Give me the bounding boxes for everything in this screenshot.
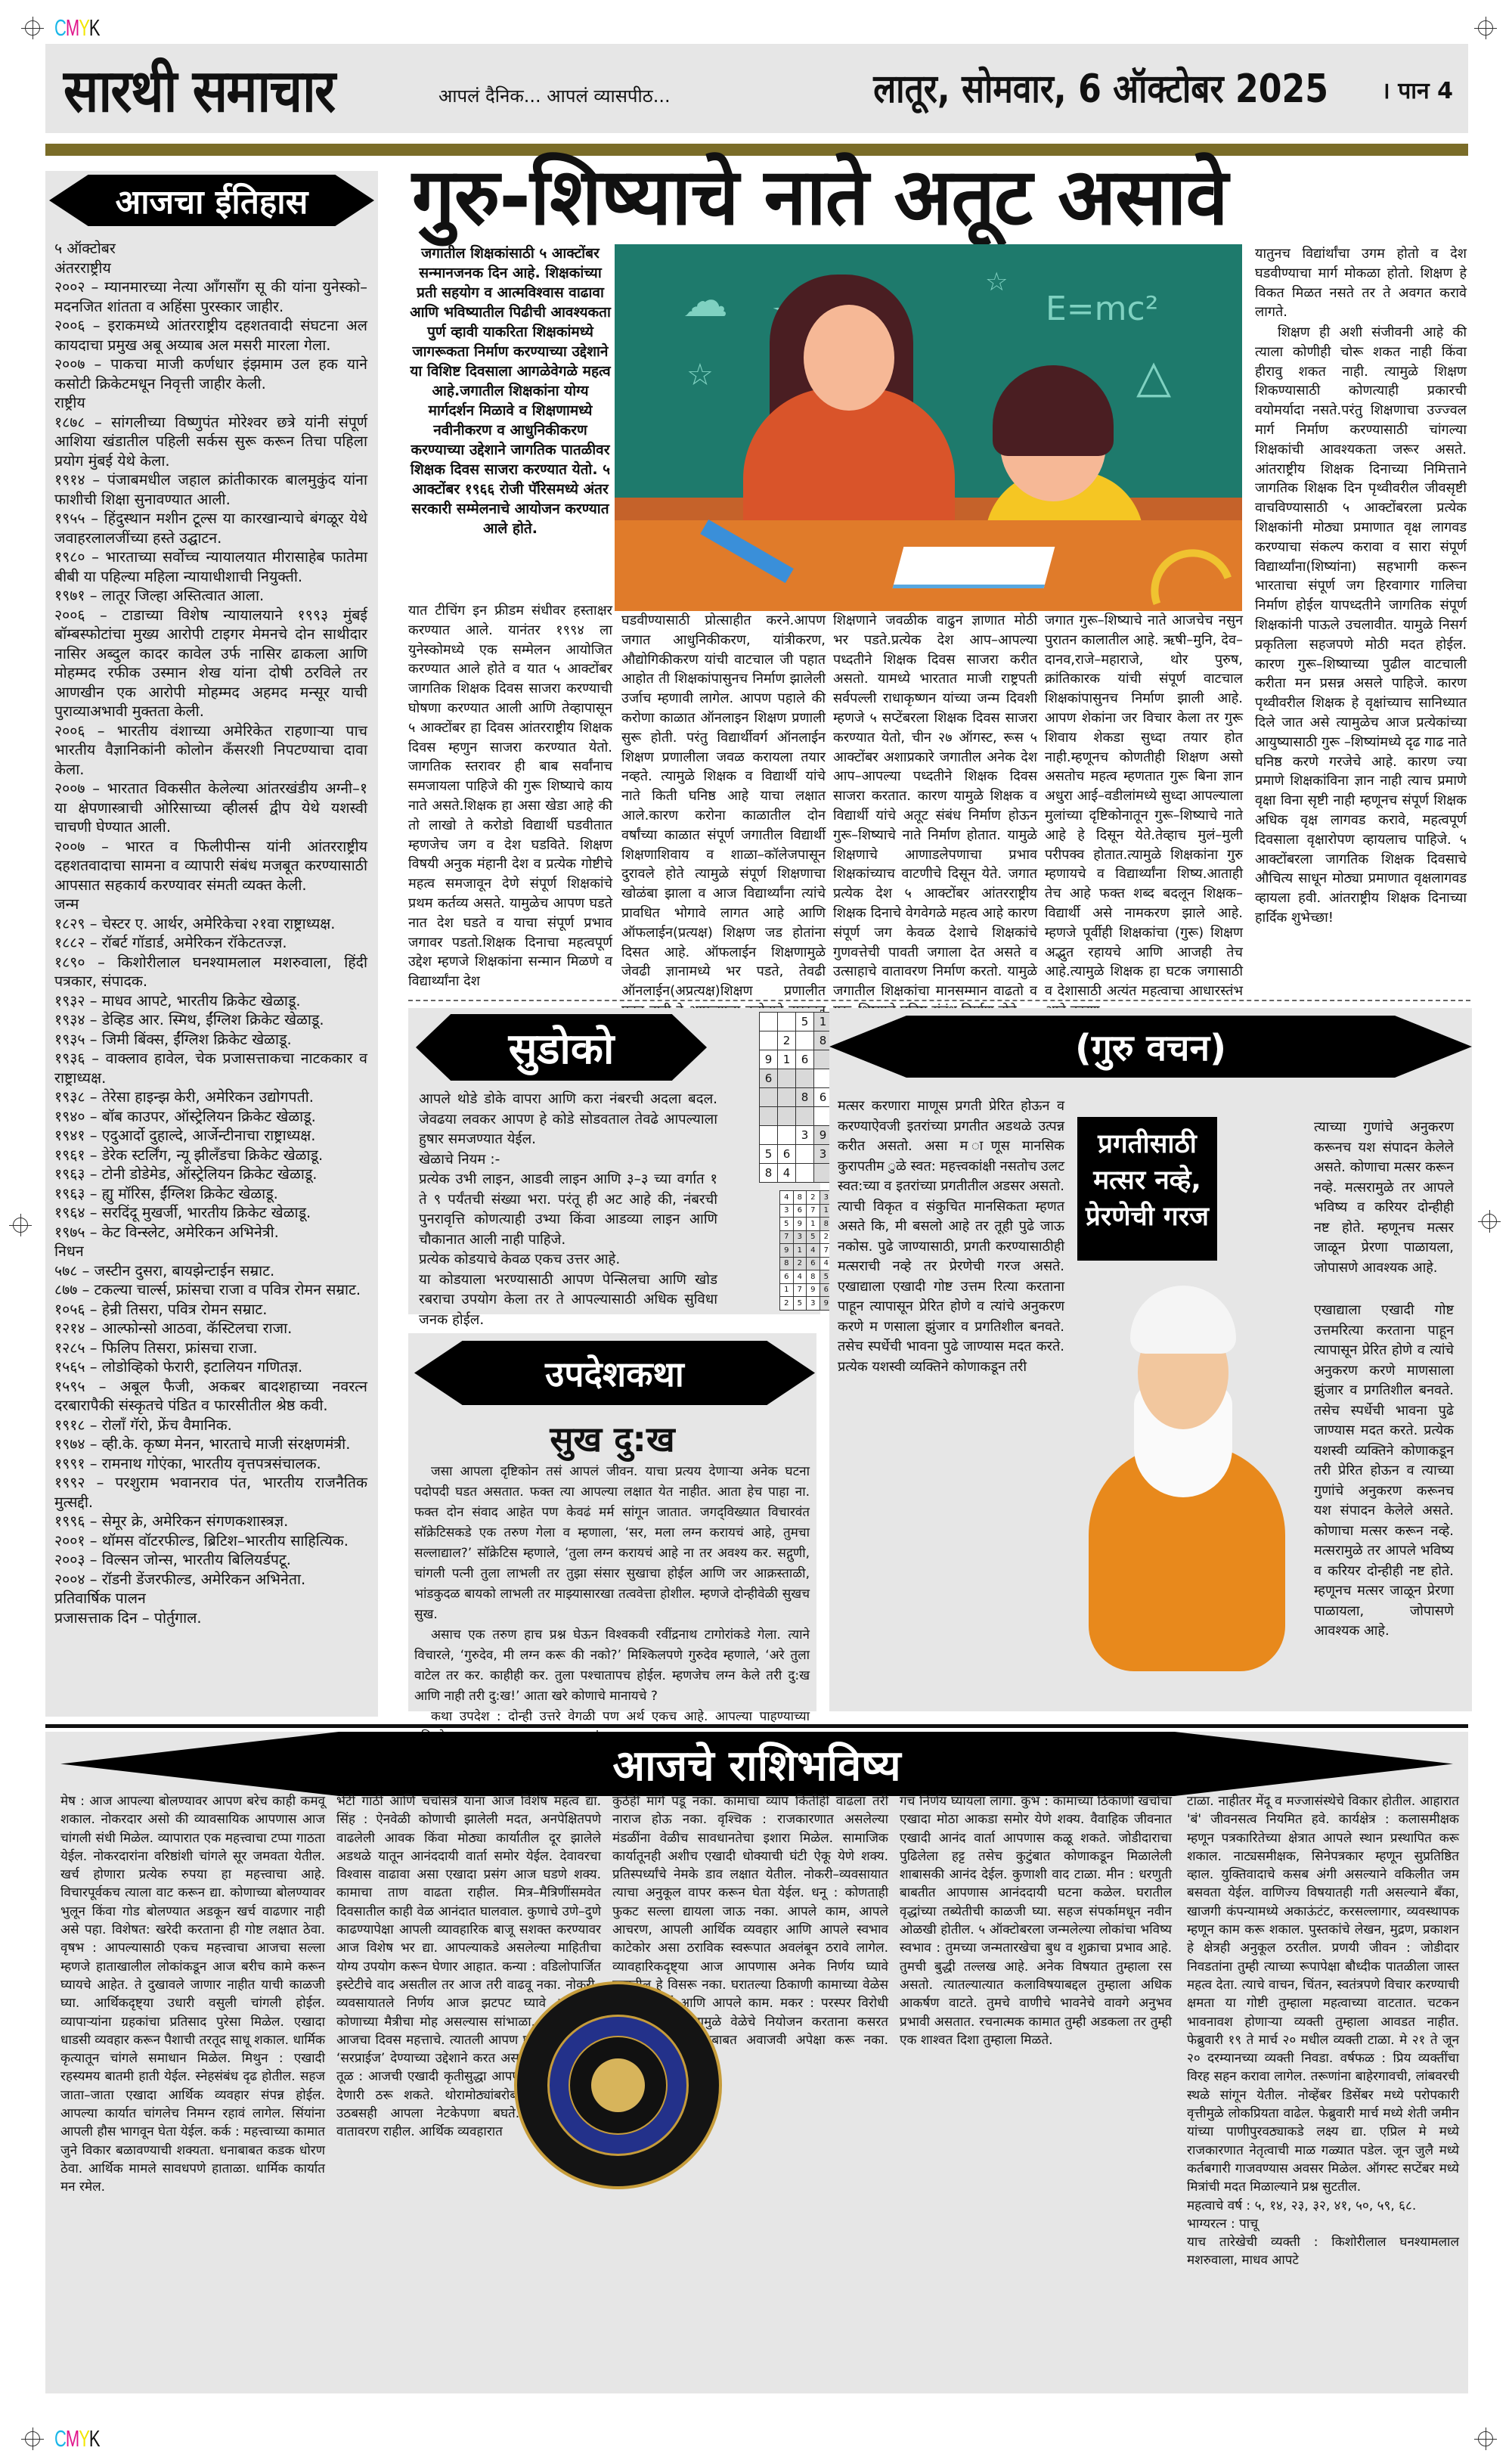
history-entry: १९३५ – जिमी बिंक्स, ईंग्लिश क्रिकेट खेळा… bbox=[54, 1030, 367, 1050]
history-column: आजचा ईतिहास ५ ऑक्टोबरअंतरराष्ट्रीय२००२ –… bbox=[45, 171, 378, 1717]
sudoku-rules: प्रत्येक उभी लाइन, आडवी लाइन आणि ३–३ च्य… bbox=[419, 1170, 717, 1250]
history-entry: १९३२ – माधव आपटे, भारतीय क्रिकेट खेळाडू. bbox=[54, 991, 367, 1011]
sudoku-cell: 9 bbox=[760, 1050, 778, 1069]
sudoku-cell: 6 bbox=[780, 1270, 794, 1284]
history-entry: ८७७ – टकल्या चार्ल्स, फ्रांसचा राजा व पव… bbox=[54, 1280, 367, 1300]
sudoku-cell: 3 bbox=[807, 1297, 820, 1311]
sudoku-cell: 3 bbox=[793, 1230, 807, 1244]
cmyk-strip-top: CMYK bbox=[54, 14, 100, 42]
sudoku-cell: 9 bbox=[793, 1218, 807, 1231]
history-entry: १९९२ – परशुराम भवानराव पंत, भारतीय राजनै… bbox=[54, 1473, 367, 1512]
history-entry: १९९६ – सेमूर क्रे, अमेरिकन संगणकशास्त्रज… bbox=[54, 1512, 367, 1531]
history-entry: १९६३ – ह्यु मॉरिस, ईंग्लिश क्रिकेट खेळाड… bbox=[54, 1184, 367, 1204]
history-entry: २००६ – इराकमध्ये आंतरराष्ट्रीय दहशतवादी … bbox=[54, 316, 367, 355]
registration-mark-top-right bbox=[1474, 17, 1497, 39]
history-entry: १२८५ – फिलिप तिसरा, फ्रांसचा राजा. bbox=[54, 1339, 367, 1358]
sudoku-rules-title: खेळाचे नियम :- bbox=[419, 1150, 717, 1171]
article-lead: जगातील शिक्षकांसाठी ५ आक्टोंबर सन्मानजनक… bbox=[408, 244, 612, 538]
student-hair bbox=[993, 365, 1114, 456]
sudoku-note-1: प्रत्येक कोडयाचे केवळ एकच उत्तर आहे. bbox=[419, 1250, 717, 1270]
history-entry: १९५५ – हिंदुस्थान मशीन टूल्स या कारखान्य… bbox=[54, 509, 367, 548]
sudoku-cell: 6 bbox=[807, 1257, 820, 1270]
registration-mark-right-mid bbox=[1478, 1210, 1501, 1233]
article-column-2: घडवीण्यासाठी प्रोत्साहीत करने.आपण जगात आ… bbox=[621, 611, 826, 1041]
sudoku-cell: 1 bbox=[807, 1218, 820, 1231]
sudoku-cell[interactable] bbox=[760, 1126, 778, 1145]
sudoku-cell: 2 bbox=[793, 1257, 807, 1270]
article-column-5b: शिक्षण ही अशी संजीवनी आहे की त्याला कोणी… bbox=[1255, 323, 1467, 928]
sudoku-cell[interactable] bbox=[760, 1031, 778, 1050]
sudoku-cell: 5 bbox=[780, 1218, 794, 1231]
guru-vachan-text-right: त्याच्या गुणांचे अनुकरण करूनच यश संपादन … bbox=[1314, 1118, 1454, 1278]
sudoku-cell: 4 bbox=[793, 1270, 807, 1284]
history-entry: १९९१ – रामनाथ गोएंका, भारतीय वृत्तपत्रसं… bbox=[54, 1454, 367, 1474]
sudoku-instructions: आपले थोडे डोके वापरा आणि करा नंबरची अदला… bbox=[419, 1090, 717, 1330]
story-paragraph: असाच एक तरुण हाच प्रश्न घेऊन विश्वकवी रव… bbox=[414, 1625, 810, 1707]
masthead: सारथी समाचार आपलं दैनिक... आपलं व्यासपीठ… bbox=[45, 44, 1468, 133]
main-headline: गुरु-शिष्याचे नाते अतूट असावे bbox=[412, 141, 1439, 247]
sudoku-cell[interactable] bbox=[778, 1126, 796, 1145]
chalk-triangle-icon: △ bbox=[1136, 350, 1171, 403]
guru-vachan-pull-quote: प्रगतीसाठी मत्सर नव्हे, प्रेरणेची गरज bbox=[1077, 1117, 1217, 1261]
guru-vachan-text-left: मत्सर करणारा माणूस प्रगती प्रेरित होऊन व… bbox=[838, 1097, 1064, 1377]
sudoku-cell: 7 bbox=[793, 1283, 807, 1297]
cmyk-strip-bottom: CMYK bbox=[54, 2425, 100, 2452]
chalk-star-icon: ☆ bbox=[686, 358, 714, 392]
horoscope-column-5: टाळा. नाहीतर मेंदू व मज्जासंस्थेचे विकार… bbox=[1187, 1792, 1459, 2270]
sudoku-cell: 5 bbox=[793, 1297, 807, 1311]
sudoku-cell: 9 bbox=[807, 1283, 820, 1297]
history-entry: १०५६ – हेन्री तिसरा, पवित्र रोमन सम्राट. bbox=[54, 1300, 367, 1320]
history-entry: १९४१ – एदुआर्दो दुहाल्दे, आर्जेन्टीनाचा … bbox=[54, 1126, 367, 1146]
history-entry: १९८० – भारताच्या सर्वोच्च न्यायालयात मीर… bbox=[54, 548, 367, 586]
horoscope-column-5-text: टाळा. नाहीतर मेंदू व मज्जासंस्थेचे विकार… bbox=[1187, 1792, 1459, 2197]
sudoku-cell: 2 bbox=[807, 1191, 820, 1205]
newspaper-title: सारथी समाचार bbox=[64, 48, 334, 129]
sudoku-cell: 1 bbox=[778, 1050, 796, 1069]
registration-mark-top-left bbox=[21, 17, 44, 39]
history-entry: १९६४ – सरदिंदू मुखर्जी, भारतीय क्रिकेट ख… bbox=[54, 1203, 367, 1223]
history-entries: ५ ऑक्टोबरअंतरराष्ट्रीय२००२ – म्यानमारच्य… bbox=[54, 239, 367, 1627]
sudoku-cell: 8 bbox=[780, 1257, 794, 1270]
history-entry: १९३४ – डेव्हिड आर. स्मिथ, ईंग्लिश क्रिके… bbox=[54, 1010, 367, 1030]
article-column-4: जगात गुरू–शिष्याचे नाते आजचेच नसुन पुरात… bbox=[1045, 611, 1243, 1021]
registration-mark-bottom-right bbox=[1474, 2427, 1497, 2450]
sudoku-cell: 3 bbox=[780, 1204, 794, 1218]
history-entry: निधन bbox=[54, 1242, 367, 1261]
sudoku-cell: 5 bbox=[796, 1013, 814, 1031]
history-entry: अंतरराष्ट्रीय bbox=[54, 259, 367, 278]
horoscope-column-1: मेष : आज आपल्या बोलण्यावर आपण बरेच काही … bbox=[60, 1792, 325, 2197]
sun-face-icon bbox=[591, 2058, 645, 2112]
sudoku-cell[interactable] bbox=[796, 1107, 814, 1126]
sudoku-cell: 5 bbox=[807, 1230, 820, 1244]
registration-mark-left-mid bbox=[9, 1214, 32, 1236]
newspaper-tagline: आपलं दैनिक... आपलं व्यासपीठ... bbox=[438, 83, 671, 108]
sudoku-cell: 4 bbox=[778, 1164, 796, 1183]
sudoku-cell[interactable] bbox=[778, 1107, 796, 1126]
zodiac-wheel-icon bbox=[514, 1981, 722, 2189]
history-entry: ५ ऑक्टोबर bbox=[54, 239, 367, 259]
history-entry: १९७५ – केट विन्स्लेट, अमेरिकन अभिनेत्री. bbox=[54, 1223, 367, 1242]
history-entry: २००३ – विल्सन जोन्स, भारतीय बिलियर्डपटू. bbox=[54, 1550, 367, 1570]
sudoku-cell[interactable] bbox=[778, 1013, 796, 1031]
chalk-formula: E=mc² bbox=[1046, 290, 1158, 328]
history-entry: १८७८ – सांगलीच्या विष्णुपंत मोरेश्वर छत्… bbox=[54, 413, 367, 471]
page-number: । पान 4 bbox=[1381, 74, 1453, 105]
teacher-student-illustration: ☁ ☽ ☆ ☆ △ E=mc² bbox=[615, 244, 1242, 611]
notebook-icon bbox=[893, 547, 1055, 588]
article-column-1: यात टीचिंग इन फ्रीडम संधीवर हस्ताक्षर कर… bbox=[408, 601, 612, 991]
history-entry: १८२९ – चेस्टर ए. आर्थर, अमेरिकेचा २१वा र… bbox=[54, 914, 367, 934]
history-entry: २००१ – थॉमस वॉटरफील्ड, ब्रिटिश–भारतीय सा… bbox=[54, 1531, 367, 1551]
history-entry: राष्ट्रीय bbox=[54, 393, 367, 413]
sudoku-cell: 8 bbox=[807, 1270, 820, 1284]
sudoku-cell: 5 bbox=[760, 1145, 778, 1164]
sudoku-cell[interactable] bbox=[796, 1145, 814, 1164]
sudoku-cell[interactable] bbox=[796, 1031, 814, 1050]
sudoku-cell: 3 bbox=[796, 1126, 814, 1145]
sudoku-cell: 6 bbox=[793, 1204, 807, 1218]
sudoku-cell: 1 bbox=[793, 1244, 807, 1258]
history-label: आजचा ईतिहास bbox=[49, 175, 374, 226]
history-entry: १९१४ – पंजाबमधील जहाल क्रांतीकारक बालमुक… bbox=[54, 470, 367, 509]
story-paragraph: जसा आपला दृष्टिकोन तसं आपलं जीवन. याचा प… bbox=[414, 1462, 810, 1625]
history-entry: १९४० – बॉब काउपर, ऑस्ट्रेलियन क्रिकेट खे… bbox=[54, 1107, 367, 1127]
history-entry: १९३६ – वाक्लाव हावेल, चेक प्रजासत्ताकचा … bbox=[54, 1049, 367, 1087]
history-entry: १५९५ – अबूल फैजी, अकबर बादशहाच्या नवरत्न… bbox=[54, 1377, 367, 1416]
lucky-gem: भाग्यरत्न : पाचू bbox=[1187, 2215, 1459, 2233]
history-entry: १२१४ – आल्फोन्सो आठवा, कॅस्टिलचा राजा. bbox=[54, 1319, 367, 1339]
history-entry: २००४ – रॉडनी डेंजरफील्ड, अमेरिकन अभिनेता… bbox=[54, 1570, 367, 1590]
registration-mark-bottom-left bbox=[21, 2427, 44, 2450]
history-entry: प्रजासत्ताक दिन – पोर्तुगाल. bbox=[54, 1608, 367, 1628]
history-entry: १९६३ – टोनी डोडेमेड, ऑस्ट्रेलियन क्रिकेट… bbox=[54, 1165, 367, 1184]
section-divider-thick bbox=[45, 1724, 1468, 1728]
sudoku-cell: 4 bbox=[780, 1191, 794, 1205]
history-entry: १९७४ – व्ही.के. कृष्ण मेनन, भारताचे माजी… bbox=[54, 1435, 367, 1454]
section-divider bbox=[408, 1000, 1470, 1001]
moral-story-title: सुख दु:ख bbox=[408, 1415, 816, 1462]
horoscope-label: आजचे राशिभविष्य bbox=[60, 1732, 1453, 1796]
history-entry: जन्म bbox=[54, 895, 367, 914]
history-entry: प्रतिवार्षिक पालन bbox=[54, 1589, 367, 1608]
dateline: लातूर, सोमवार, 6 ऑक्टोबर 2025 bbox=[873, 60, 1328, 114]
sudoku-cell: 4 bbox=[807, 1244, 820, 1258]
sudoku-cell: 7 bbox=[807, 1204, 820, 1218]
same-birthday: याच तारेखेची व्यक्ती : किशोरीलाल घनश्याम… bbox=[1187, 2233, 1459, 2270]
sudoku-cell: 1 bbox=[780, 1283, 794, 1297]
teacher-face bbox=[804, 305, 894, 411]
article-column-5a: यातुनच विद्यांर्थांचा उगम होतो व देश घडव… bbox=[1255, 244, 1467, 322]
sage-illustration bbox=[1081, 1286, 1293, 1694]
sudoku-cell[interactable] bbox=[796, 1164, 814, 1183]
sudoku-cell: 6 bbox=[778, 1145, 796, 1164]
sudoku-cell: 9 bbox=[780, 1244, 794, 1258]
chalk-cloud-icon: ☁ bbox=[683, 275, 728, 327]
sudoku-cell[interactable] bbox=[760, 1107, 778, 1126]
sudoku-cell[interactable] bbox=[778, 1069, 796, 1088]
sudoku-cell: 6 bbox=[796, 1050, 814, 1069]
history-entry: १८९० – किशोरीलाल घनश्यामलाल मशरुवाला, हि… bbox=[54, 953, 367, 991]
sudoku-cell: 8 bbox=[793, 1191, 807, 1205]
history-entry: ५७८ – जस्टीन दुसरा, बायझेन्टाईन सम्राट. bbox=[54, 1261, 367, 1281]
sudoku-cell: 8 bbox=[760, 1164, 778, 1183]
sudoku-cell: 2 bbox=[780, 1297, 794, 1311]
history-entry: १५६५ – लोडोव्हिको फेरारी, इटालियन गणितज्… bbox=[54, 1357, 367, 1377]
guru-vachan-text-right-lower: एखाद्याला एखादी गोष्ट उत्तमरित्या करताना… bbox=[1314, 1301, 1454, 1642]
history-entry: २००६ – भारतीय वंशाच्या अमेरिकेत राहणाऱ्य… bbox=[54, 721, 367, 780]
article-column-3: शिक्षणाने जवळीक वाढुन ज्ञाणात मोठी भर पड… bbox=[833, 611, 1037, 1021]
lucky-years: महत्वाचे वर्ष : ५, १४, २३, ३२, ४१, ५०, ५… bbox=[1187, 2197, 1459, 2215]
chalk-star-icon: ☆ bbox=[985, 267, 1008, 297]
moral-story-section: उपदेशकथा सुख दु:ख जसा आपला दृष्टिकोन तसं… bbox=[408, 1333, 816, 1711]
history-entry: १९३८ – तेरेसा हाइन्झ केरी, अमेरिकन उद्यो… bbox=[54, 1087, 367, 1107]
history-entry: २००२ – म्यानमारच्या नेत्या ऑंगसॉंग सू की… bbox=[54, 278, 367, 316]
history-entry: २००७ – पाकचा माजी कर्णधार इंझमाम उल हक य… bbox=[54, 355, 367, 393]
history-entry: १९६१ – डेरेक स्टर्लिंग, न्यू झीलॅंडचा क्… bbox=[54, 1146, 367, 1165]
sudoku-cell[interactable] bbox=[796, 1069, 814, 1088]
history-entry: १८८२ – रॉबर्ट गॉडार्ड, अमेरिकन रॉकेटतज्ज… bbox=[54, 933, 367, 953]
sudoku-cell[interactable] bbox=[778, 1088, 796, 1107]
horoscope-column-4: गच निर्णय घ्यायला लागा. कुंभ : कामाच्या … bbox=[900, 1792, 1172, 2049]
history-entry: १९७१ – लातूर जिल्हा अस्तित्वात आला. bbox=[54, 586, 367, 606]
moral-story-label: उपदेशकथा bbox=[414, 1341, 815, 1405]
guru-vachan-label: (गुरु वचन) bbox=[829, 1016, 1472, 1078]
sage-turban bbox=[1130, 1286, 1236, 1354]
sudoku-cell: 6 bbox=[760, 1069, 778, 1088]
sudoku-cell: 8 bbox=[796, 1088, 814, 1107]
history-entry: १९१८ – रोलॉं गॅरो, फ्रेंच वैमानिक. bbox=[54, 1416, 367, 1435]
sudoku-cell[interactable] bbox=[760, 1088, 778, 1107]
history-entry: २००६ – टाडाच्या विशेष न्यायालयाने १९९३ म… bbox=[54, 606, 367, 721]
sudoku-cell: 7 bbox=[780, 1230, 794, 1244]
sudoku-note-2: या कोडयाला भरण्यासाठी आपण पेन्सिलचा आणि … bbox=[419, 1270, 717, 1331]
sudoku-cell[interactable] bbox=[760, 1013, 778, 1031]
sudoku-cell: 2 bbox=[778, 1031, 796, 1050]
moral-story-body: जसा आपला दृष्टिकोन तसं आपलं जीवन. याचा प… bbox=[414, 1462, 810, 1748]
history-entry: २००७ – भारतात विकसीत केलेल्या आंतरखंडीय … bbox=[54, 779, 367, 837]
sudoku-label: सुडोको bbox=[416, 1014, 707, 1081]
history-entry: २००७ – भारत व फिलीपीन्स यांनी आंतरराष्ट्… bbox=[54, 837, 367, 895]
sudoku-intro: आपले थोडे डोके वापरा आणि करा नंबरची अदला… bbox=[419, 1090, 717, 1150]
